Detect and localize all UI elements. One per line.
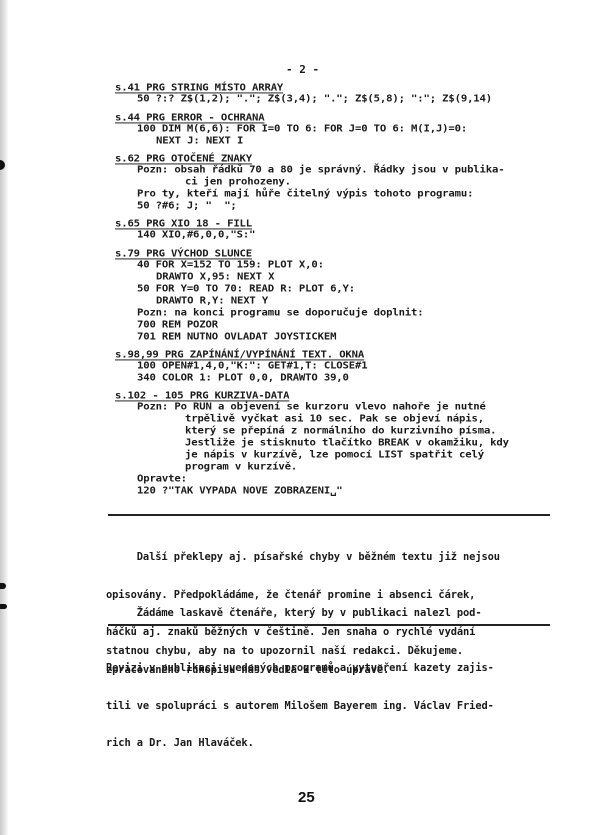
section-heading: s.98,99 PRG ZAPÍNÁNÍ/VYPÍNÁNÍ TEXT. OKNA: [115, 349, 364, 360]
text-line: Žádáme laskavě čtenáře, který by v publi…: [106, 607, 482, 620]
code-line: 50 ?#6; J; " ";: [137, 200, 237, 211]
code-line: 100 DIM M(6,6): FOR I=0 TO 6: FOR J=0 TO…: [137, 123, 467, 134]
note-line: ci jen prohozeny.: [185, 176, 291, 187]
section-heading: s.62 PRG OTOČENÉ ZNAKY: [115, 153, 252, 164]
code-line: 40 FOR X=152 TO 159: PLOT X,0:: [137, 259, 324, 270]
section-heading: s.102 - 105 PRG KURZIVA-DATA: [115, 390, 289, 401]
code-line: NEXT J: NEXT I: [156, 135, 243, 146]
code-line: 701 REM NUTNO OVLADAT JOYSTICKEM: [137, 331, 336, 342]
page-header: - 2 -: [286, 63, 319, 76]
note-line: který se přepíná z normálního do kurzivn…: [185, 425, 496, 436]
note-line: Pozn: na konci programu se doporučuje do…: [137, 307, 424, 318]
code-line: 340 COLOR 1: PLOT 0,0, DRAWTO 39,0: [137, 372, 349, 383]
section-heading: s.65 PRG XIO 18 - FILL: [115, 218, 252, 229]
code-line: 700 REM POZOR: [137, 319, 218, 330]
credits-paragraph: Revizi v publikaci uvedených programů a …: [106, 637, 494, 775]
text-line: Revizi v publikaci uvedených programů a …: [106, 662, 494, 675]
document-page: - 2 - s.41 PRG STRING MÍSTO ARRAY 50 ?:?…: [0, 0, 600, 835]
code-line: 50 FOR Y=0 TO 70: READ R: PLOT 6,Y:: [137, 283, 355, 294]
code-line: 50 ?:? Z$(1,2); "."; Z$(3,4); "."; Z$(5,…: [137, 93, 492, 104]
note-line: Pozn: Po RUN a objevení se kurzoru vlevo…: [137, 401, 486, 412]
note-line: Opravte:: [137, 473, 187, 484]
note-line: je nápis v kurzívě, lze pomocí LIST spat…: [185, 449, 484, 460]
code-line: 100 OPEN#1,4,0,"K:": GET#1,T: CLOSE#1: [137, 360, 367, 371]
divider: [108, 514, 550, 516]
code-line: DRAWTO X,95: NEXT X: [156, 271, 274, 282]
section-heading: s.44 PRG ERROR - OCHRANA: [115, 112, 264, 123]
page-number: 25: [298, 789, 315, 806]
section-heading: s.79 PRG VÝCHOD SLUNCE: [115, 248, 252, 259]
note-line: trpělivě vyčkat asi 10 sec. Pak se objev…: [185, 413, 484, 424]
text-line: Další překlepy aj. písařské chyby v běžn…: [106, 551, 500, 564]
code-line: 140 XIO,#6,0,0,"S:": [137, 229, 255, 240]
text-line: tili ve spolupráci s autorem Milošem Bay…: [106, 700, 494, 713]
note-line: program v kurzívě.: [185, 461, 297, 472]
section-heading: s.41 PRG STRING MÍSTO ARRAY: [115, 82, 283, 93]
code-line: DRAWTO R,Y: NEXT Y: [156, 295, 268, 306]
note-line: Jestliže je stisknuto tlačítko BREAK v o…: [185, 437, 509, 448]
code-line: 120 ?"TAK VYPADA NOVE ZOBRAZENI␣": [137, 485, 343, 496]
divider: [108, 624, 550, 626]
note-line: Pro ty, kteří mají hůře čitelný výpis to…: [137, 188, 473, 199]
note-line: Pozn: obsah řádků 70 a 80 je správný. Řá…: [137, 164, 504, 175]
text-line: rich a Dr. Jan Hlaváček.: [106, 737, 494, 750]
